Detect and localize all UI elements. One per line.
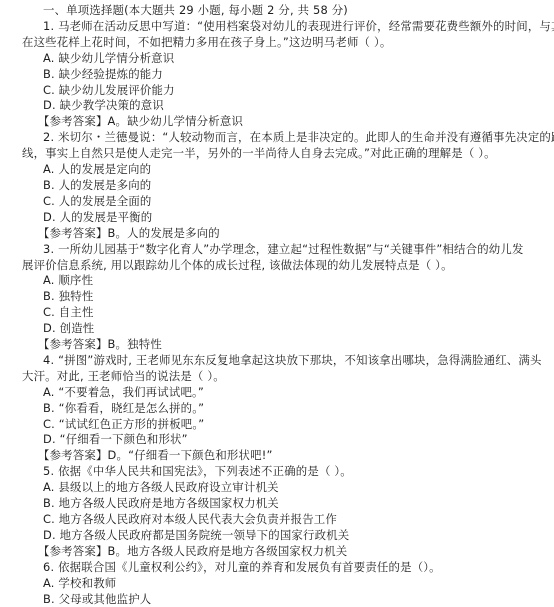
option-c: C. 地方各级人民政府对本级人民代表大会负责并报告工作 (22, 512, 514, 528)
option-b: B. 地方各级人民政府是地方各级国家权力机关 (22, 496, 514, 512)
reference-answer: 【参考答案】B。人的发展是多向的 (22, 226, 514, 242)
question-stem: 1. 马老师在活动反思中写道：“使用档案袋对幼儿的表现进行评价，经常需要花费些额… (22, 19, 514, 35)
option-c: C. 人的发展是全面的 (22, 194, 514, 210)
question-1: 1. 马老师在活动反思中写道：“使用档案袋对幼儿的表现进行评价，经常需要花费些额… (22, 19, 514, 130)
question-2: 2. 米切尔・兰德曼说：“人较动物而言，在本质上是非决定的。此即人的生命并没有遵… (22, 130, 514, 241)
question-stem-continued: 线，事实上自然只是使人走完一半，另外的一半尚待人自身去完成。”对此正确的理解是（… (22, 146, 514, 162)
option-c: C. 缺少幼儿发展评价能力 (22, 83, 514, 99)
option-d: D. 缺少教学决策的意识 (22, 98, 514, 114)
question-stem: 6. 依据联合国《儿童权利公约》，对儿童的养育和发展负有首要责任的是（）。 (22, 560, 514, 576)
question-stem: 5. 依据《中华人民共和国宪法》，下列表述不正确的是（ ）。 (22, 464, 514, 480)
reference-answer: 【参考答案】B。独特性 (22, 337, 514, 353)
option-d: D. 地方各级人民政府都是国务院统一领导下的国家行政机关 (22, 528, 514, 544)
option-d: D. 人的发展是平衡的 (22, 210, 514, 226)
question-4: 4. “拼图”游戏时, 王老师见东东反复地拿起这块放下那块，不知该拿出哪块，急得… (22, 353, 514, 464)
option-b: B. 人的发展是多向的 (22, 178, 514, 194)
reference-answer: 【参考答案】A。缺少幼儿学情分析意识 (22, 114, 514, 130)
option-a: A. “不要着急，我们再试试吧。” (22, 385, 514, 401)
option-b: B. 父母或其他监护人 (22, 592, 514, 607)
question-stem-continued: 在这些花样上花时间，不如把精力多用在孩子身上。”这边明马老师（ ）。 (22, 35, 514, 51)
option-a: A. 学校和教师 (22, 576, 514, 592)
option-a: A. 人的发展是定向的 (22, 162, 514, 178)
option-c: C. “试试红色正方形的拼板吧。” (22, 417, 514, 433)
question-stem: 4. “拼图”游戏时, 王老师见东东反复地拿起这块放下那块，不知该拿出哪块，急得… (22, 353, 514, 369)
option-a: A. 顺序性 (22, 273, 514, 289)
reference-answer: 【参考答案】B。地方各级人民政府是地方各级国家权力机关 (22, 544, 514, 560)
reference-answer: 【参考答案】D。“仔细看一下颜色和形状吧!” (22, 448, 514, 464)
option-d: D. 创造性 (22, 321, 514, 337)
option-b: B. 独特性 (22, 289, 514, 305)
option-b: B. 缺少经验提炼的能力 (22, 67, 514, 83)
exam-document: 一、单项选择题(本大题共 29 小题, 每小题 2 分, 共 58 分) 1. … (0, 0, 554, 607)
option-d: D. “仔细看一下颜色和形状” (22, 432, 514, 448)
option-c: C. 自主性 (22, 305, 514, 321)
question-stem: 3. 一所幼儿园基于“数字化育人”办学理念，建立起“过程性数据”与“关键事件”相… (22, 242, 514, 258)
question-3: 3. 一所幼儿园基于“数字化育人”办学理念，建立起“过程性数据”与“关键事件”相… (22, 242, 514, 353)
question-5: 5. 依据《中华人民共和国宪法》，下列表述不正确的是（ ）。 A. 县级以上的地… (22, 464, 514, 559)
option-b: B. “你看看，晓红是怎么拼的。” (22, 401, 514, 417)
section-title: 一、单项选择题(本大题共 29 小题, 每小题 2 分, 共 58 分) (22, 3, 514, 19)
option-a: A. 县级以上的地方各级人民政府设立审计机关 (22, 480, 514, 496)
question-stem-continued: 大汗。对此, 王老师恰当的说法是（ ）。 (22, 369, 514, 385)
question-stem-continued: 展评价信息系统, 用以跟踪幼儿个体的成长过程, 该做法体现的幼儿发展特点是（ ）… (22, 258, 514, 274)
question-6: 6. 依据联合国《儿童权利公约》，对儿童的养育和发展负有首要责任的是（）。 A.… (22, 560, 514, 607)
option-a: A. 缺少幼儿学情分析意识 (22, 51, 514, 67)
question-stem: 2. 米切尔・兰德曼说：“人较动物而言，在本质上是非决定的。此即人的生命并没有遵… (22, 130, 514, 146)
